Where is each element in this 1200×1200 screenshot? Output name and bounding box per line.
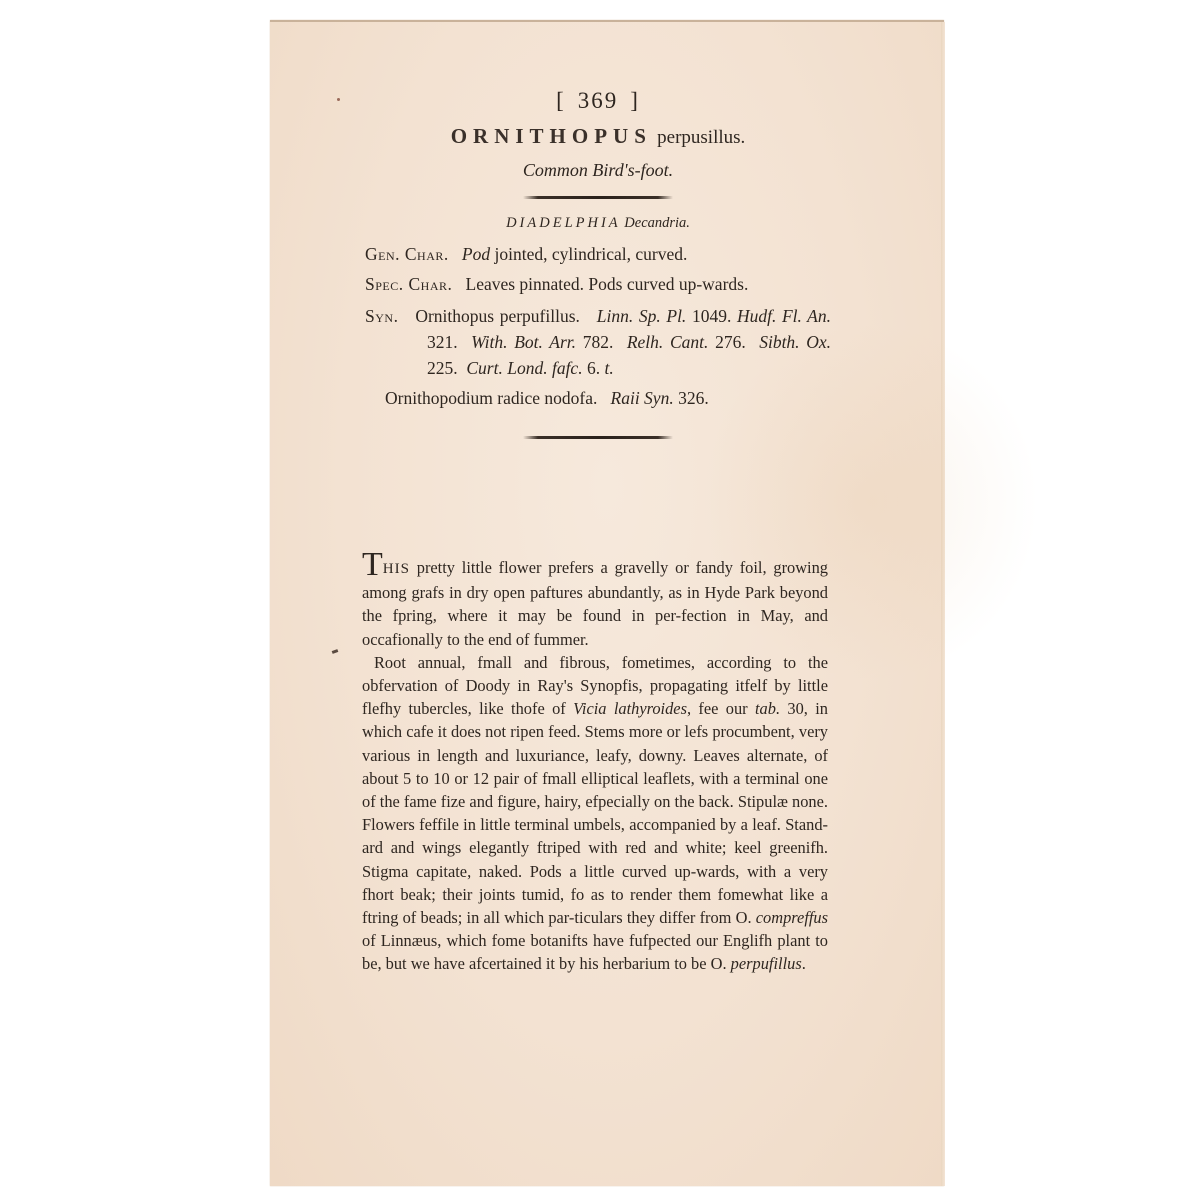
common-name: Common Bird's-foot. bbox=[365, 160, 831, 186]
divider-rule bbox=[523, 436, 673, 439]
page-number-value: 369 bbox=[578, 88, 619, 113]
page-header-block: [369] ORNITHOPUS perpusillus. Common Bir… bbox=[365, 88, 831, 439]
synonym-secondary: Ornithopodium radice nodofa. Raii Syn. 3… bbox=[365, 385, 831, 411]
syn-label: Syn. bbox=[365, 306, 398, 326]
page-number: [369] bbox=[365, 88, 831, 118]
linnaean-class: DIADELPHIA Decandria. bbox=[365, 215, 831, 239]
genus-name: ORNITHOPUS bbox=[451, 124, 652, 148]
description-paragraph-2: Root annual, fmall and fibrous, fometime… bbox=[362, 651, 828, 976]
synonyms: Syn. Ornithopus perpufillus. Linn. Sp. P… bbox=[365, 303, 831, 381]
ink-speck bbox=[337, 98, 340, 101]
description-paragraph-1: THIS pretty little flower prefers a grav… bbox=[362, 555, 828, 651]
species-name: perpusillus. bbox=[657, 127, 745, 148]
book-page: [369] ORNITHOPUS perpusillus. Common Bir… bbox=[270, 20, 944, 1186]
species-title: ORNITHOPUS perpusillus. bbox=[365, 124, 831, 154]
order-name: Decandria. bbox=[624, 215, 690, 231]
spec-char-label: Spec. Char. bbox=[365, 274, 452, 294]
generic-character: Gen. Char. Pod jointed, cylindrical, cur… bbox=[365, 241, 831, 267]
divider-rule bbox=[523, 196, 673, 199]
class-name: DIADELPHIA bbox=[506, 215, 621, 231]
description-text: THIS pretty little flower prefers a grav… bbox=[362, 555, 828, 976]
margin-mark bbox=[332, 649, 339, 654]
gen-char-label: Gen. Char. bbox=[365, 244, 449, 264]
specific-character: Spec. Char. Leaves pinnated. Pods curved… bbox=[365, 271, 831, 297]
drop-cap: T bbox=[362, 546, 383, 583]
